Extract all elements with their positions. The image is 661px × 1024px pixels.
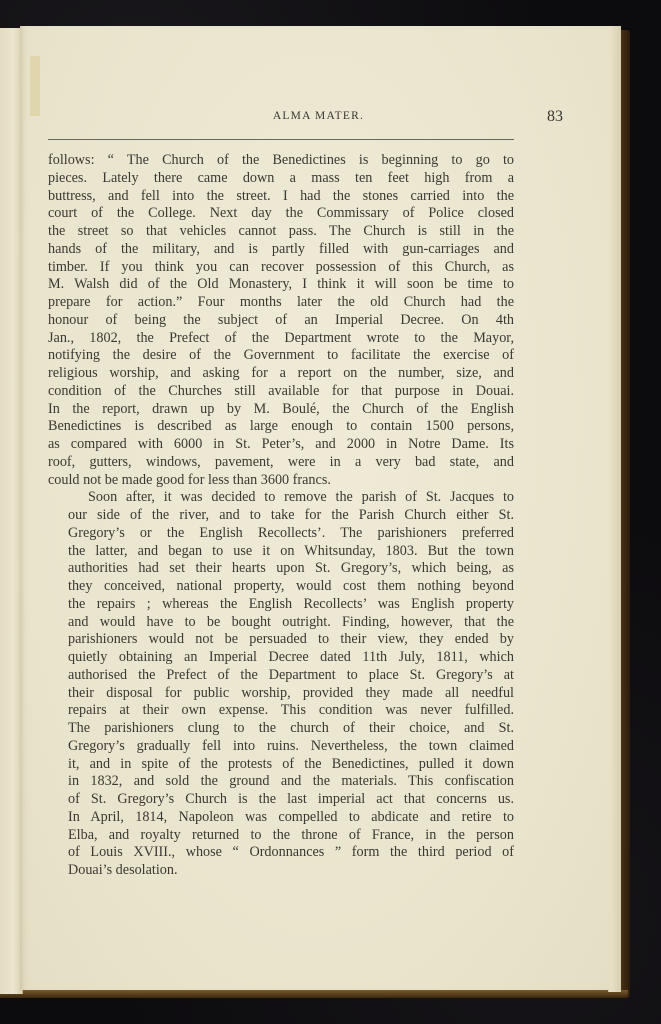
paragraph-2: Soon after, it was decided to remove the…: [48, 489, 514, 880]
text-line: condition of the Churches still availabl…: [48, 383, 514, 401]
header-rule: [48, 139, 514, 140]
text-line: Gregory’s or the English Recollects’. Th…: [48, 525, 514, 543]
text-line: in 1832, and sold the ground and the mat…: [48, 773, 514, 791]
text-line: and would have to be bought outright. Fi…: [48, 614, 514, 632]
text-line: could not be made good for less than 360…: [48, 472, 514, 490]
text-line: parishioners would not be persuaded to t…: [48, 631, 514, 649]
text-line: Benedictines is described as large enoug…: [48, 418, 514, 436]
text-line: In April, 1814, Napoleon was compelled t…: [48, 809, 514, 827]
text-line: pieces. Lately there came down a mass te…: [48, 170, 514, 188]
text-line: as compared with 6000 in St. Peter’s, an…: [48, 436, 514, 454]
body-text: follows: “ The Church of the Benedictine…: [48, 152, 514, 880]
text-line: Gregory’s gradually fell into ruins. Nev…: [48, 738, 514, 756]
text-line: prepare for action.” Four months later t…: [48, 294, 514, 312]
text-line: follows: “ The Church of the Benedictine…: [48, 152, 514, 170]
text-line: the latter, and began to use it on Whits…: [48, 543, 514, 561]
text-line: roof, gutters, windows, pavement, were i…: [48, 454, 514, 472]
text-line: In the report, drawn up by M. Boulé, the…: [48, 401, 514, 419]
text-line: M. Walsh did of the Old Monastery, I thi…: [48, 276, 514, 294]
paragraph-1: follows: “ The Church of the Benedictine…: [48, 152, 514, 489]
text-line: authorities had set their hearts upon St…: [48, 560, 514, 578]
text-line: religious worship, and asking for a repo…: [48, 365, 514, 383]
book-cover-bottom-edge: [0, 990, 628, 998]
text-line: the repairs ; whereas the English Recoll…: [48, 596, 514, 614]
text-line: Soon after, it was decided to remove the…: [48, 489, 514, 507]
text-line: hands of the military, and is partly fil…: [48, 241, 514, 259]
text-line: our side of the river, and to take for t…: [48, 507, 514, 525]
text-line: the street so that vehicles cannot pass.…: [48, 223, 514, 241]
text-line: court of the College. Next day the Commi…: [48, 205, 514, 223]
text-line: quietly obtaining an Imperial Decree dat…: [48, 649, 514, 667]
text-line: of St. Gregory’s Church is the last impe…: [48, 791, 514, 809]
gutter-shadow: [30, 56, 40, 116]
text-line: repairs at their own expense. This condi…: [48, 702, 514, 720]
text-line: The parishioners clung to the church of …: [48, 720, 514, 738]
text-line: honour of being the subject of an Imperi…: [48, 312, 514, 330]
text-line: their disposal for public worship, provi…: [48, 685, 514, 703]
text-line: of Louis XVIII., whose “ Ordonnances ” f…: [48, 844, 514, 862]
page-number: 83: [547, 108, 563, 126]
text-line: Jan., 1802, the Prefect of the Departmen…: [48, 330, 514, 348]
text-line: authorised the Prefect of the Department…: [48, 667, 514, 685]
text-line: it, and in spite of the protests of the …: [48, 756, 514, 774]
text-line: buttress, and fell into the street. I ha…: [48, 188, 514, 206]
text-line: notifying the desire of the Government t…: [48, 347, 514, 365]
text-line: Elba, and royalty returned to the throne…: [48, 827, 514, 845]
text-line: timber. If you think you can recover pos…: [48, 259, 514, 277]
text-line: Douai’s desolation.: [48, 862, 514, 880]
text-line: they conceived, national property, would…: [48, 578, 514, 596]
